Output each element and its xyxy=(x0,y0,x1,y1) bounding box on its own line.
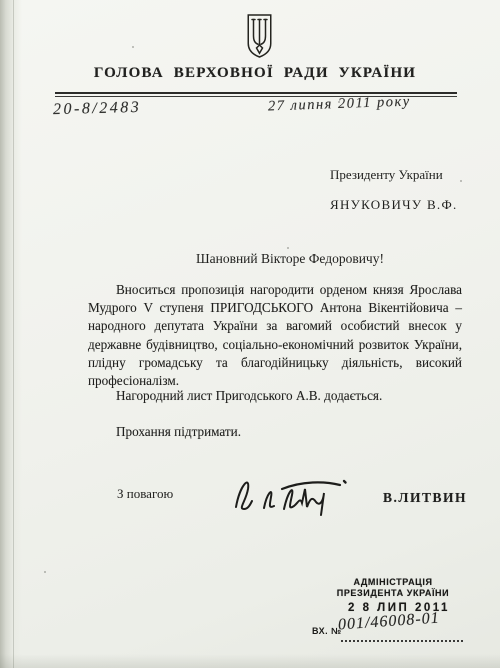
incoming-stamp-number-label: ВХ. № xyxy=(312,626,342,636)
incoming-stamp-org: АДМІНІСТРАЦІЯ ПРЕЗИДЕНТА УКРАЇНИ xyxy=(318,577,468,599)
addressee-name: ЯНУКОВИЧУ В.Ф. xyxy=(330,197,458,213)
paper-fold-crease xyxy=(13,0,14,668)
addressee-block: Президенту України ЯНУКОВИЧУ В.Ф. xyxy=(330,167,458,213)
body-main-paragraph: Вноситься пропозиція нагородити орденом … xyxy=(88,281,462,390)
closing-phrase: З повагою xyxy=(117,486,173,502)
salutation-line: Шановний Вікторе Федоровичу! xyxy=(196,251,384,267)
scan-noise-speck xyxy=(338,101,340,103)
addressee-title: Президенту України xyxy=(330,167,458,183)
scan-noise-speck xyxy=(460,180,462,182)
ukraine-trident-icon xyxy=(246,13,273,59)
body-attachment-note: Нагородний лист Пригодського А.В. додаєт… xyxy=(88,387,462,405)
letterhead-org-title: ГОЛОВА ВЕРХОВНОЇ РАДИ УКРАЇНИ xyxy=(0,65,500,82)
handwritten-outgoing-number: 20-8/2483 xyxy=(53,99,142,119)
scan-noise-speck xyxy=(287,247,289,249)
handwritten-signature-icon xyxy=(226,463,356,523)
incoming-stamp-org-line2: ПРЕЗИДЕНТА УКРАЇНИ xyxy=(318,588,468,599)
incoming-stamp-org-line1: АДМІНІСТРАЦІЯ xyxy=(318,577,468,588)
handwritten-letter-date: 27 липня 2011 року xyxy=(268,94,411,116)
scan-noise-speck xyxy=(132,46,134,48)
scan-noise-speck xyxy=(44,571,46,573)
scanned-letter-page: ГОЛОВА ВЕРХОВНОЇ РАДИ УКРАЇНИ 20-8/2483 … xyxy=(0,0,500,668)
incoming-stamp-dotted-line xyxy=(341,639,463,642)
signer-name: В.ЛИТВИН xyxy=(383,490,467,506)
body-request-line: Прохання підтримати. xyxy=(88,423,462,441)
